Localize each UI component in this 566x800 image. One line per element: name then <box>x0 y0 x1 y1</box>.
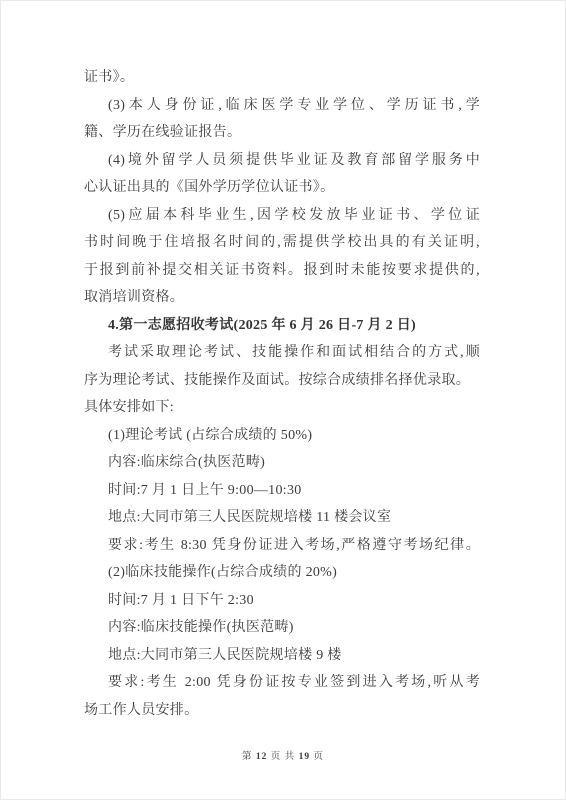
text-line: 取消培训资格。 <box>84 284 480 312</box>
text-line: 时间:7 月 1 日上午 9:00—10:30 <box>84 477 480 505</box>
text-line: 要求:考生 8:30 凭身份证进入考场,严格遵守考场纪律。 <box>84 532 480 560</box>
text-line: (1)理论考试 (占综合成绩的 50%) <box>84 422 480 450</box>
text-line: (2)临床技能操作(占综合成绩的 20%) <box>84 559 480 587</box>
text-line: 地点:大同市第三人民医院规培楼 9 楼 <box>84 642 480 670</box>
footer-total-pages: 19 <box>299 752 311 762</box>
text-line: 场工作人员安排。 <box>84 697 480 725</box>
document-body: 证书》。(3)本人身份证,临床医学专业学位、学历证书,学籍、学历在线验证报告。(… <box>84 64 480 724</box>
footer-page-middle: 页 共 <box>271 752 295 762</box>
text-line: (3)本人身份证,临床医学专业学位、学历证书,学 <box>84 92 480 120</box>
text-line: 地点:大同市第三人民医院规培楼 11 楼会议室 <box>84 504 480 532</box>
text-line: 内容:临床技能操作(执医范畴) <box>84 614 480 642</box>
text-line: (5)应届本科毕业生,因学校发放毕业证书、学位证 <box>84 202 480 230</box>
footer-page-number: 12 <box>256 752 268 762</box>
document-page: 证书》。(3)本人身份证,临床医学专业学位、学历证书,学籍、学历在线验证报告。(… <box>0 0 566 800</box>
footer-page-prefix: 第 <box>242 752 253 762</box>
footer-page-suffix: 页 <box>313 752 324 762</box>
text-line: 考试采取理论考试、技能操作和面试相结合的方式,顺 <box>84 339 480 367</box>
text-line: 籍、学历在线验证报告。 <box>84 119 480 147</box>
text-line: 时间:7 月 1 日下午 2:30 <box>84 587 480 615</box>
text-line: 要求:考生 2:00 凭身份证按专业签到进入考场,听从考 <box>84 669 480 697</box>
page-footer: 第 12 页 共 19 页 <box>0 748 566 762</box>
text-line: 证书》。 <box>84 64 480 92</box>
text-line: 于报到前补提交相关证书资料。报到时未能按要求提供的, <box>84 257 480 285</box>
text-line: 序为理论考试、技能操作及面试。按综合成绩排名择优录取。 <box>84 367 480 395</box>
text-line: 具体安排如下: <box>84 394 480 422</box>
section-heading-line: 4.第一志愿招收考试(2025 年 6 月 26 日-7 月 2 日) <box>84 312 480 340</box>
text-line: 心认证出具的《国外学历学位认证书》。 <box>84 174 480 202</box>
text-line: 书时间晚于住培报名时间的,需提供学校出具的有关证明, <box>84 229 480 257</box>
text-line: 内容:临床综合(执医范畴) <box>84 449 480 477</box>
text-line: (4)境外留学人员须提供毕业证及教育部留学服务中 <box>84 147 480 175</box>
